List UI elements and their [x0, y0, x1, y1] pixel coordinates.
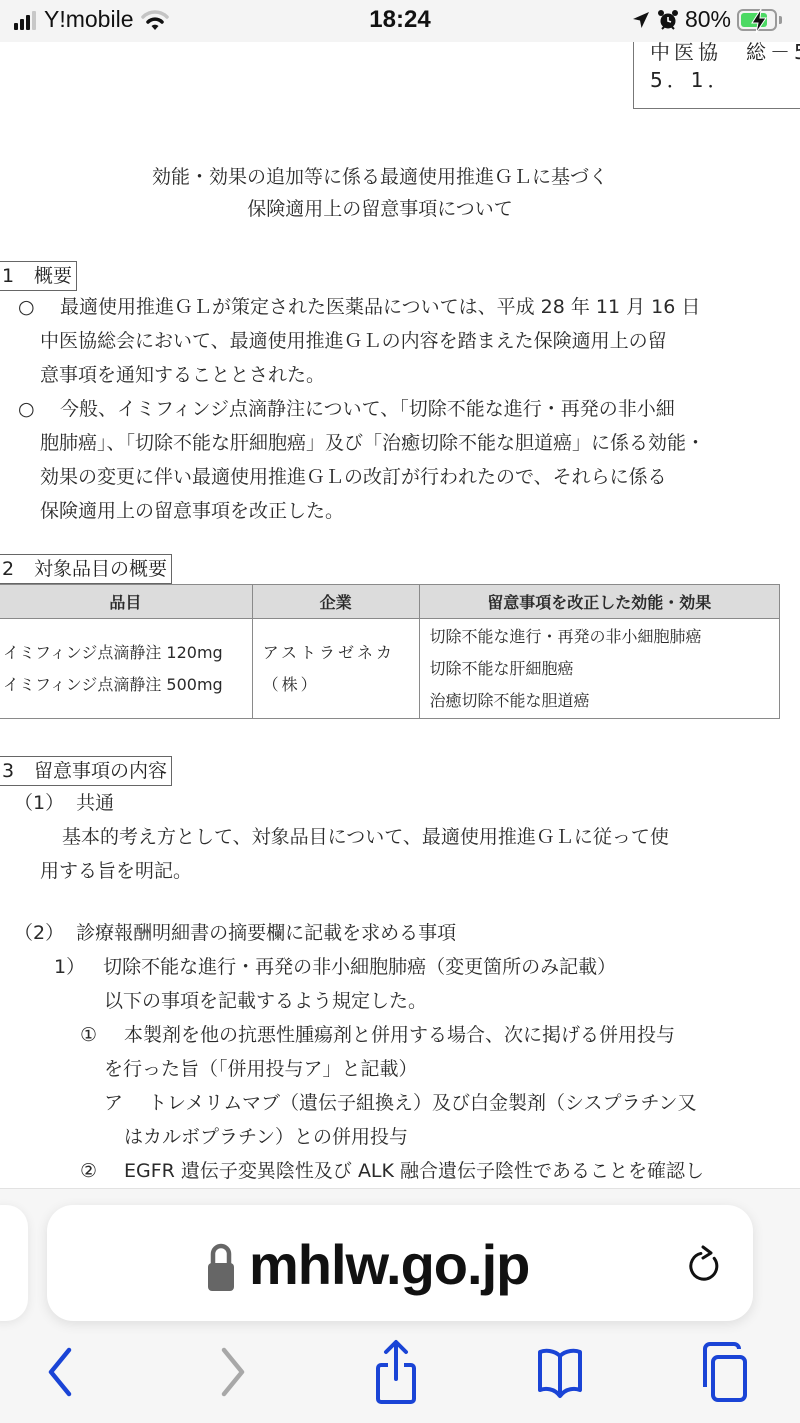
table-row: イミフィンジ点滴静注 120mg イミフィンジ点滴静注 500mg アストラゼネ… [0, 619, 780, 719]
section-number: 3 [0, 758, 34, 784]
url-text[interactable]: mhlw.go.jp [249, 1235, 529, 1295]
paragraph-line: はカルボプラチン）との併用投与 [124, 1120, 408, 1154]
subsection-title: 診療報酬明細書の摘要欄に記載を求める事項 [76, 922, 456, 944]
document-date: 5．1． [650, 66, 800, 94]
company-name: アストラゼネカ [263, 637, 419, 669]
section-title: 概要 [34, 265, 72, 287]
battery-charging-icon [737, 9, 777, 31]
document-title-line1: 効能・効果の追加等に係る最適使用推進ＧＬに基づく [0, 162, 760, 193]
battery-nub [779, 16, 782, 24]
wifi-icon [141, 9, 169, 31]
paragraph-line: 意事項を通知することとされた。 [40, 358, 325, 392]
section-number: 2 [0, 556, 34, 582]
back-button[interactable] [30, 1337, 90, 1407]
section-2-heading: 2対象品目の概要 [0, 554, 172, 584]
bookmarks-button[interactable] [530, 1337, 590, 1407]
status-right: 80% [631, 6, 782, 33]
subsection-label: （1） [14, 792, 64, 814]
bullet-circle: ○ [18, 392, 35, 426]
pdf-document-view[interactable]: 中医協 総－5 5．1． 効能・効果の追加等に係る最適使用推進ＧＬに基づく 保険… [0, 42, 800, 1188]
browser-toolbar [0, 1337, 800, 1407]
paragraph-line: を行った旨（「併用投与ア」と記載） [104, 1052, 418, 1086]
tabs-button[interactable] [694, 1337, 754, 1407]
chevron-right-icon [218, 1346, 248, 1398]
paragraph-line: EGFR 遺伝子変異陰性及び ALK 融合遺伝子陰性であることを確認し [124, 1154, 704, 1188]
effect-item: 治癒切除不能な胆道癌 [430, 685, 780, 717]
location-arrow-icon [631, 10, 651, 30]
point-marker: ① [80, 1018, 97, 1052]
company-suffix: （株） [263, 669, 419, 701]
column-header-effects: 留意事項を改正した効能・効果 [419, 585, 780, 619]
sub-point-marker: ア [104, 1086, 123, 1120]
paragraph-line: トレメリムマブ（遺伝子組換え）及び白金製剤（シスプラチン又 [148, 1086, 697, 1120]
lock-icon [207, 1238, 235, 1292]
cell-effects: 切除不能な進行・再発の非小細胞肺癌 切除不能な肝細胞癌 治癒切除不能な胆道癌 [419, 619, 780, 719]
share-icon [376, 1339, 416, 1405]
item-label: 1） [54, 956, 85, 978]
paragraph-line: 基本的考え方として、対象品目について、最適使用推進ＧＬに従って使 [62, 820, 669, 854]
column-header-company: 企業 [252, 585, 419, 619]
charging-bolt-icon [749, 9, 769, 33]
tabs-icon [701, 1341, 747, 1403]
subsection-label: （2） [14, 922, 64, 944]
chevron-left-icon [45, 1346, 75, 1398]
previous-tab-peek[interactable] [0, 1205, 28, 1321]
paragraph-line: 効果の変更に伴い最適使用推進ＧＬの改訂が行われたので、それらに係る [40, 460, 667, 494]
section-number: 1 [0, 263, 34, 289]
item-intro: 以下の事項を記載するよう規定した。 [104, 984, 427, 1018]
paragraph-line: 本製剤を他の抗悪性腫瘍剤と併用する場合、次に掲げる併用投与 [124, 1018, 675, 1052]
alarm-clock-icon [657, 9, 679, 31]
product-name: イミフィンジ点滴静注 500mg [3, 669, 252, 701]
signal-icon [14, 10, 36, 30]
paragraph-line: 保険適用上の留意事項を改正した。 [40, 494, 344, 528]
cell-products: イミフィンジ点滴静注 120mg イミフィンジ点滴静注 500mg [0, 619, 252, 719]
target-products-table: 品目 企業 留意事項を改正した効能・効果 イミフィンジ点滴静注 120mg イミ… [0, 584, 780, 719]
status-left: Y!mobile [14, 6, 169, 33]
book-icon [537, 1344, 583, 1400]
forward-button[interactable] [203, 1337, 263, 1407]
section-title: 留意事項の内容 [34, 760, 167, 782]
paragraph-line: 胞肺癌」、「切除不能な肝細胞癌」及び「治癒切除不能な胆道癌」に係る効能・ [40, 426, 705, 460]
paragraph-line: 用する旨を明記。 [40, 854, 192, 888]
point-marker: ② [80, 1154, 97, 1188]
subsection-1-heading: （1）共通 [14, 786, 114, 820]
section-1-heading: 1概要 [0, 261, 77, 291]
carrier-label: Y!mobile [44, 6, 133, 33]
subsection-title: 共通 [76, 792, 114, 814]
item-1-heading: 1）切除不能な進行・再発の非小細胞肺癌（変更箇所のみ記載） [54, 950, 616, 984]
document-title-line2: 保険適用上の留意事項について [0, 194, 760, 225]
column-header-product: 品目 [0, 585, 252, 619]
section-title: 対象品目の概要 [34, 558, 167, 580]
document-id: 中医協 総－5 [650, 42, 800, 66]
paragraph-line: 今般、イミフィンジ点滴静注について、「切除不能な進行・再発の非小細 [60, 392, 675, 426]
cell-company: アストラゼネカ （株） [252, 619, 419, 719]
paragraph-line: 中医協総会において、最適使用推進ＧＬの内容を踏まえた保険適用上の留 [40, 324, 667, 358]
reload-icon[interactable] [685, 1243, 725, 1287]
product-name: イミフィンジ点滴静注 120mg [3, 637, 252, 669]
effect-item: 切除不能な肝細胞癌 [430, 653, 780, 685]
share-button[interactable] [366, 1337, 426, 1407]
address-bar[interactable]: mhlw.go.jp [47, 1205, 753, 1321]
paragraph-line: 最適使用推進ＧＬが策定された医薬品については、平成 28 年 11 月 16 日 [60, 290, 700, 324]
effect-item: 切除不能な進行・再発の非小細胞肺癌 [430, 621, 780, 653]
status-bar: Y!mobile 18:24 80% [0, 0, 800, 42]
battery-percent: 80% [685, 6, 731, 33]
browser-bottom-bar: mhlw.go.jp [0, 1188, 800, 1423]
subsection-2-heading: （2）診療報酬明細書の摘要欄に記載を求める事項 [14, 916, 456, 950]
document-id-box: 中医協 総－5 5．1． [633, 42, 800, 109]
bullet-circle: ○ [18, 290, 35, 324]
section-3-heading: 3留意事項の内容 [0, 756, 172, 786]
table-header-row: 品目 企業 留意事項を改正した効能・効果 [0, 585, 780, 619]
item-title: 切除不能な進行・再発の非小細胞肺癌（変更箇所のみ記載） [103, 956, 616, 978]
